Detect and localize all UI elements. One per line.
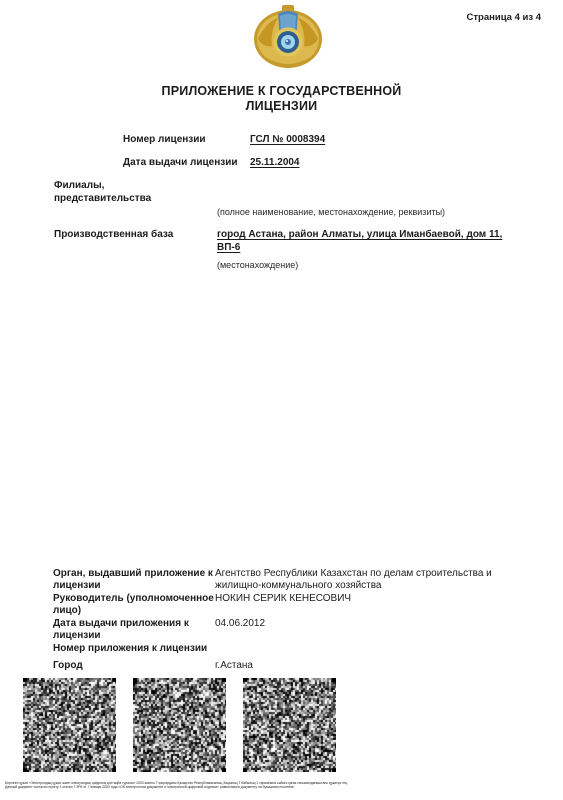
production-base-value: город Астана, район Алматы, улица Иманба… (217, 228, 517, 254)
annex-issue-date-value: 04.06.2012 (215, 618, 510, 630)
issuing-authority-value: Агентство Республики Казахстан по делам … (215, 568, 510, 592)
digital-signature-barcode-3 (243, 678, 336, 772)
city-value: г.Астана (215, 660, 510, 672)
production-base-label: Производственная база (54, 228, 214, 241)
digital-signature-barcode-2 (133, 678, 226, 772)
page-indicator: Страница 4 из 4 (467, 12, 541, 23)
kazakhstan-coat-of-arms-icon (252, 4, 324, 70)
license-date-label: Дата выдачи лицензии (123, 157, 238, 168)
production-base-hint: (местонахождение) (217, 260, 298, 270)
license-document-page: { "page": { "page_indicator": "Страница … (0, 0, 563, 800)
annex-number-label: Номер приложения к лицензии (53, 643, 217, 655)
document-title: ПРИЛОЖЕНИЕ К ГОСУДАРСТВЕННОЙ ЛИЦЕНЗИИ (0, 84, 563, 114)
city-label: Город (53, 660, 217, 672)
license-number-value: ГСЛ № 0008394 (250, 134, 325, 145)
branches-label: Филиалы, представительства (54, 179, 189, 205)
digital-signature-barcode-1 (23, 678, 116, 772)
legal-footer-line2-russian: Данный документ согласно пункту 1 статьи… (5, 785, 563, 789)
legal-footer: Берілген құжат «Электрондық құжат және э… (5, 781, 563, 789)
document-title-line1: ПРИЛОЖЕНИЕ К ГОСУДАРСТВЕННОЙ (162, 84, 402, 98)
license-number-label: Номер лицензии (123, 134, 206, 145)
license-date-value: 25.11.2004 (250, 157, 300, 168)
head-label: Руководитель (уполномоченное лицо) (53, 593, 217, 617)
issuing-authority-label: Орган, выдавший приложение к лицензии (53, 568, 217, 592)
document-title-line2: ЛИЦЕНЗИИ (246, 99, 318, 113)
branches-hint: (полное наименование, местонахождение, р… (217, 207, 445, 217)
head-value: НОКИН СЕРИК КЕНЕСОВИЧ (215, 593, 510, 605)
annex-issue-date-label: Дата выдачи приложения к лицензии (53, 618, 217, 642)
